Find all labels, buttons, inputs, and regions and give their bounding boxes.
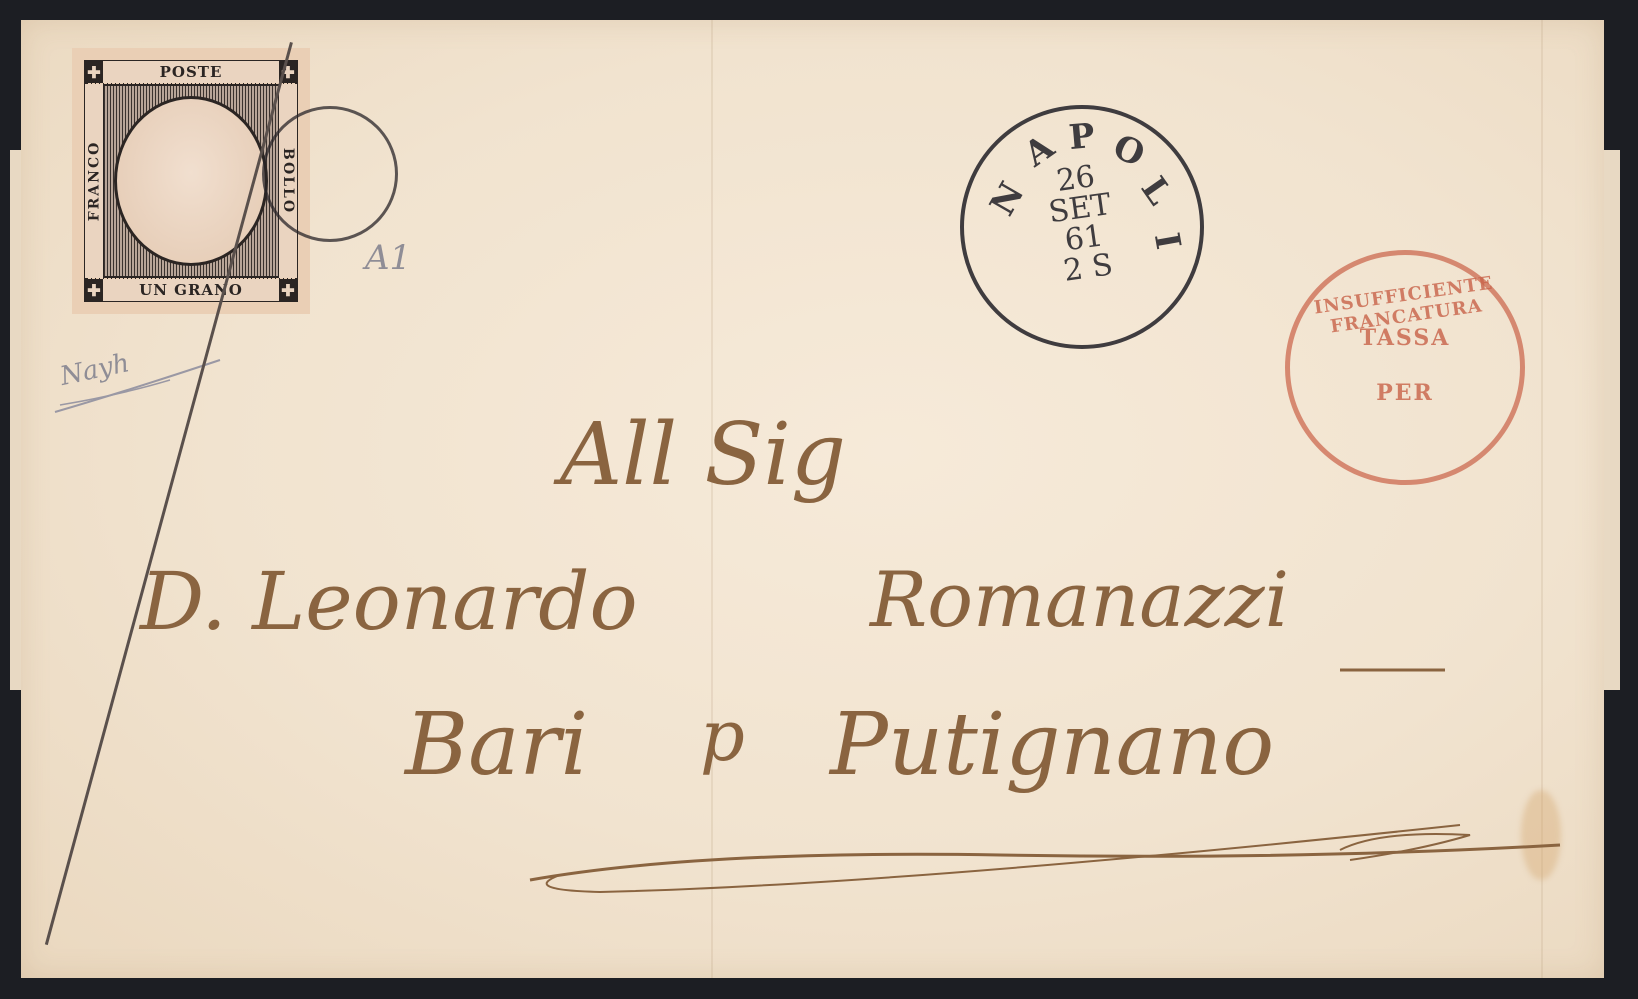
handwriting-flourishes [0, 0, 1638, 999]
